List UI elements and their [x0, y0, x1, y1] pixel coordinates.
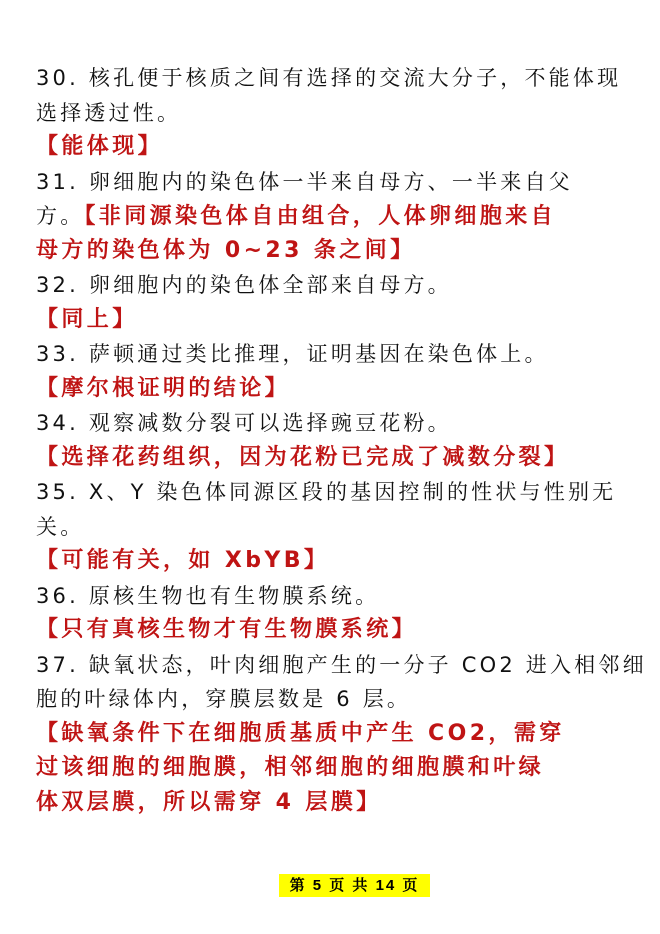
question-30-line-1: 30. 核孔便于核质之间有选择的交流大分子，不能体现	[36, 61, 636, 96]
question-31-line-1: 31. 卵细胞内的染色体一半来自母方、一半来自父	[36, 165, 636, 200]
question-31-line-2-with-answer: 方。【非同源染色体自由组合，人体卵细胞来自	[36, 199, 636, 234]
page-number-label: 第 5 页 共 14 页	[279, 874, 430, 897]
answer-35: 【可能有关，如 XbYB】	[36, 544, 636, 579]
answer-33: 【摩尔根证明的结论】	[36, 372, 636, 407]
question-37-line-1: 37. 缺氧状态，叶肉细胞产生的一分子 CO2 进入相邻细	[36, 648, 636, 683]
answer-37-line-2: 过该细胞的细胞膜，相邻细胞的细胞膜和叶绿	[36, 751, 636, 786]
answer-36: 【只有真核生物才有生物膜系统】	[36, 613, 636, 648]
question-36: 36. 原核生物也有生物膜系统。	[36, 579, 636, 614]
document-page: 30. 核孔便于核质之间有选择的交流大分子，不能体现 选择透过性。 【能体现】 …	[36, 61, 636, 820]
question-34: 34. 观察减数分裂可以选择豌豆花粉。	[36, 406, 636, 441]
question-30-line-2: 选择透过性。	[36, 96, 636, 131]
answer-37-line-1: 【缺氧条件下在细胞质基质中产生 CO2，需穿	[36, 717, 636, 752]
question-31-tail: 方。	[36, 204, 84, 228]
answer-34: 【选择花药组织，因为花粉已完成了减数分裂】	[36, 441, 636, 476]
question-32: 32. 卵细胞内的染色体全部来自母方。	[36, 268, 636, 303]
question-35-line-1: 35. X、Y 染色体同源区段的基因控制的性状与性别无	[36, 475, 636, 510]
answer-30: 【能体现】	[36, 130, 636, 165]
question-37-line-2: 胞的叶绿体内，穿膜层数是 6 层。	[36, 682, 636, 717]
answer-31-start: 【非同源染色体自由组合，人体卵细胞来自	[84, 204, 556, 229]
answer-32: 【同上】	[36, 303, 636, 338]
answer-31-end: 母方的染色体为 0~23 条之间】	[36, 234, 636, 269]
question-35-line-2: 关。	[36, 510, 636, 545]
answer-37-line-3: 体双层膜，所以需穿 4 层膜】	[36, 786, 636, 821]
question-33: 33. 萨顿通过类比推理，证明基因在染色体上。	[36, 337, 636, 372]
